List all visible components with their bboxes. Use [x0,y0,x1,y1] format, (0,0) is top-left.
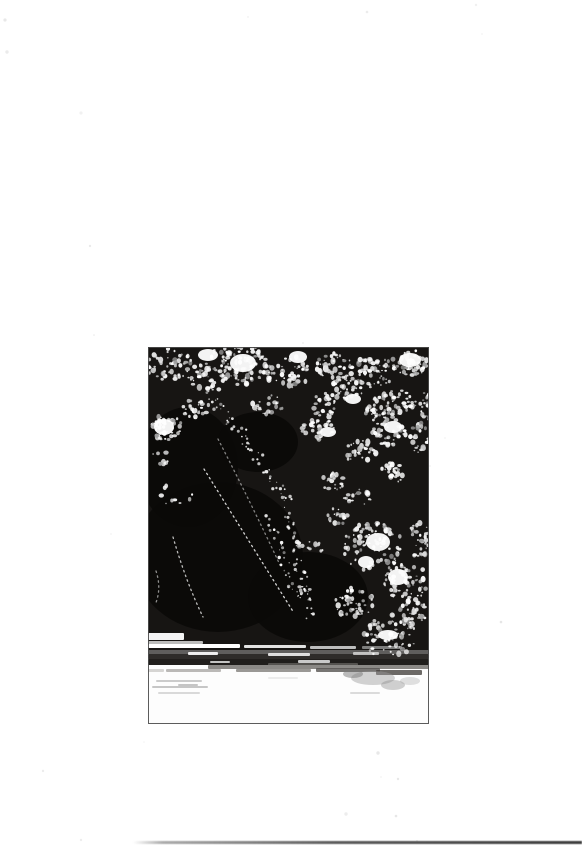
photo-plate [148,347,429,724]
photo-image [148,347,429,724]
scanner-edge-shadow [133,841,582,844]
scanned-page [0,0,582,845]
